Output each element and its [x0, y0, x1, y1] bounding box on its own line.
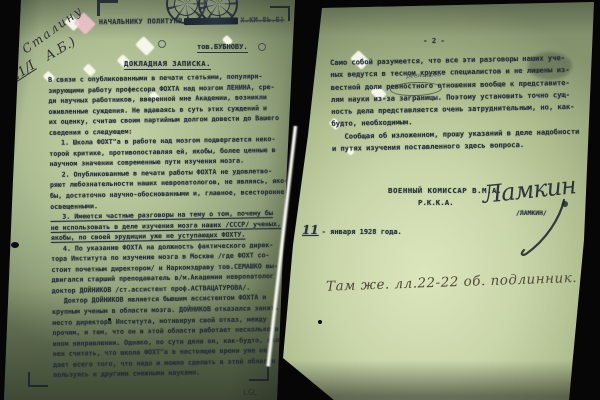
light-leak-streak: [0, 54, 17, 150]
typed-body-left: В связи с опубликованными в печати стать…: [48, 71, 297, 381]
reflection-highlight: [135, 36, 155, 56]
handwritten-day: 11: [302, 223, 319, 237]
frame-mark: LGL: [243, 388, 257, 397]
signature-name-typed: /ЛАМКИН/: [516, 209, 547, 217]
recipient-line: НАЧАЛЬНИКУ ПОЛИТУПРХ.КМ.8Ь.Е): [99, 16, 284, 27]
addressee-line: тов.БУБНОВУ.: [197, 43, 248, 53]
document-page-2: - 2 - Само собой разумеется, что все эти…: [280, 0, 600, 400]
overstruck-fragment: Х.КМ.8Ь.Е): [240, 16, 284, 25]
recipient-text: НАЧАЛЬНИКУ ПОЛИТУПР: [99, 17, 183, 26]
dust-speck: [11, 242, 19, 248]
page-number: - 2 -: [410, 36, 458, 45]
redaction-bar: [184, 17, 238, 25]
photo-of-archival-documents: LGL т. Сталину А.Б.) 21/I НАЧАЛЬНИКУ ПОЛ…: [0, 0, 600, 400]
handwritten-corner-note: т. Сталину: [0, 3, 86, 71]
typed-body-right: Само собой разумеется, что все эти разго…: [330, 52, 590, 156]
document-title: ДОКЛАДНАЯ ЗАПИСКА.: [124, 59, 211, 70]
crop-mark-top-left: [97, 0, 118, 16]
signature-title-line2: Р.К.К.А.: [418, 198, 454, 207]
small-ring-mark: [158, 40, 166, 48]
dust-speck: [318, 320, 322, 324]
handwritten-margin-date: 21/I: [8, 58, 38, 85]
date-line: 11- января 1928 года.: [302, 219, 402, 238]
typed-date: - января 1928 года.: [322, 228, 402, 236]
document-page-1: LGL т. Сталину А.Б.) 21/I НАЧАЛЬНИКУ ПОЛ…: [0, 0, 300, 400]
handwritten-archive-note: Там же. лл.22-22 об. подлинник.: [326, 269, 596, 294]
signature-flourish: [512, 198, 572, 260]
small-ring-mark: [258, 43, 266, 51]
crop-mark-bottom-left: [28, 372, 48, 387]
